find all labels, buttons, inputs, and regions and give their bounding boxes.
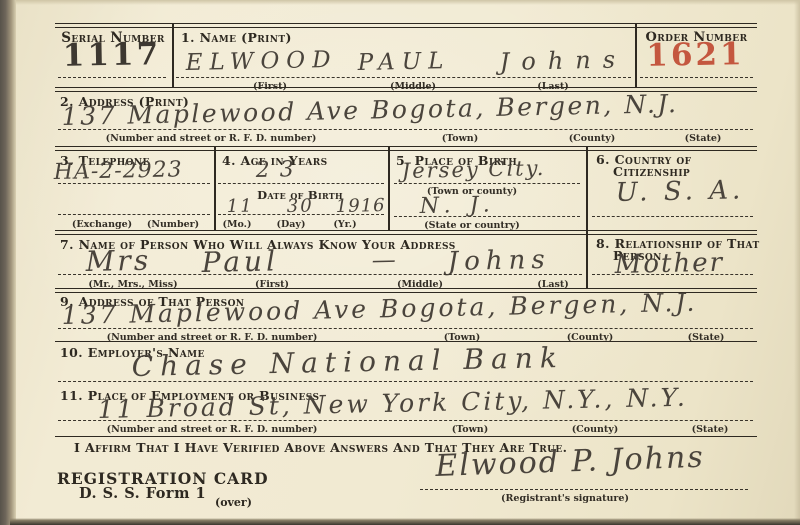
fill-line — [58, 381, 753, 382]
fill-line — [58, 183, 210, 184]
divider — [55, 341, 757, 342]
fill-line — [58, 77, 166, 78]
fill-line — [58, 420, 753, 421]
employment-county-sublabel: (County) — [555, 424, 635, 435]
fill-line — [58, 328, 753, 329]
address-state-sublabel: (State) — [668, 133, 738, 144]
torn-left-edge — [0, 0, 16, 525]
over-note: (over) — [215, 496, 252, 509]
fill-line — [176, 77, 631, 78]
divider — [172, 24, 174, 88]
fill-line — [218, 214, 384, 215]
address-town-sublabel: (Town) — [420, 133, 500, 144]
name-label: 1. Name (Print) — [181, 30, 292, 45]
fill-line — [592, 274, 753, 275]
divider — [55, 23, 757, 28]
serial-number-value: 1117 — [56, 39, 169, 72]
torn-bottom-edge — [10, 518, 800, 525]
order-number-value: 1621 — [638, 39, 754, 72]
employment-street-sublabel: (Number and street or R. F. D. number) — [62, 424, 362, 435]
employer-value: Chase National Bank — [131, 344, 564, 381]
month-sublabel: (Mo.) — [212, 219, 262, 230]
year-sublabel: (Yr.) — [320, 219, 370, 230]
scan-right-edge — [794, 0, 800, 525]
divider — [55, 436, 757, 437]
form-number: D. S. S. Form 1 — [79, 485, 206, 502]
divider — [586, 231, 588, 288]
address-street-sublabel: (Number and street or R. F. D. number) — [61, 133, 361, 144]
divider — [55, 146, 757, 151]
divider — [55, 230, 757, 235]
birth-state-value: N. J. — [420, 194, 496, 218]
citizenship-value: U. S. A. — [615, 177, 744, 206]
number-sublabel: (Number) — [138, 219, 208, 230]
contact-dash-value: — — [371, 248, 395, 272]
contact-title-value: Mrs — [85, 247, 151, 276]
fill-line — [218, 183, 384, 184]
fill-line — [58, 214, 210, 215]
signature-sublabel: (Registrant's signature) — [480, 493, 650, 504]
scan-top-edge — [16, 0, 800, 5]
registration-card: Serial Number 1117 1. Name (Print) Elwoo… — [0, 0, 800, 525]
birth-town-value: Jersey City. — [402, 158, 546, 182]
fill-line — [394, 216, 580, 217]
employment-state-sublabel: (State) — [675, 424, 745, 435]
name-middle-value: Paul — [358, 50, 451, 75]
employment-town-sublabel: (Town) — [430, 424, 510, 435]
contact-first-value: Paul — [201, 247, 279, 277]
fill-line — [640, 77, 753, 78]
divider — [635, 24, 637, 88]
fill-line — [58, 129, 753, 130]
day-sublabel: (Day) — [266, 219, 316, 230]
telephone-value: HA-2-2923 — [54, 159, 183, 184]
fill-line — [394, 183, 580, 184]
name-last-value: Johns — [499, 47, 627, 74]
fill-line — [592, 216, 753, 217]
exchange-sublabel: (Exchange) — [62, 219, 142, 230]
age-value: 23 — [256, 159, 304, 182]
contact-last-value: Johns — [447, 247, 550, 275]
address-county-sublabel: (County) — [552, 133, 632, 144]
divider — [388, 147, 390, 231]
name-first-value: Elwood — [186, 49, 338, 75]
signature-line — [420, 489, 748, 490]
registrant-signature: Elwood P. Johns — [435, 443, 705, 482]
fill-line — [58, 274, 582, 275]
divider — [586, 147, 588, 231]
